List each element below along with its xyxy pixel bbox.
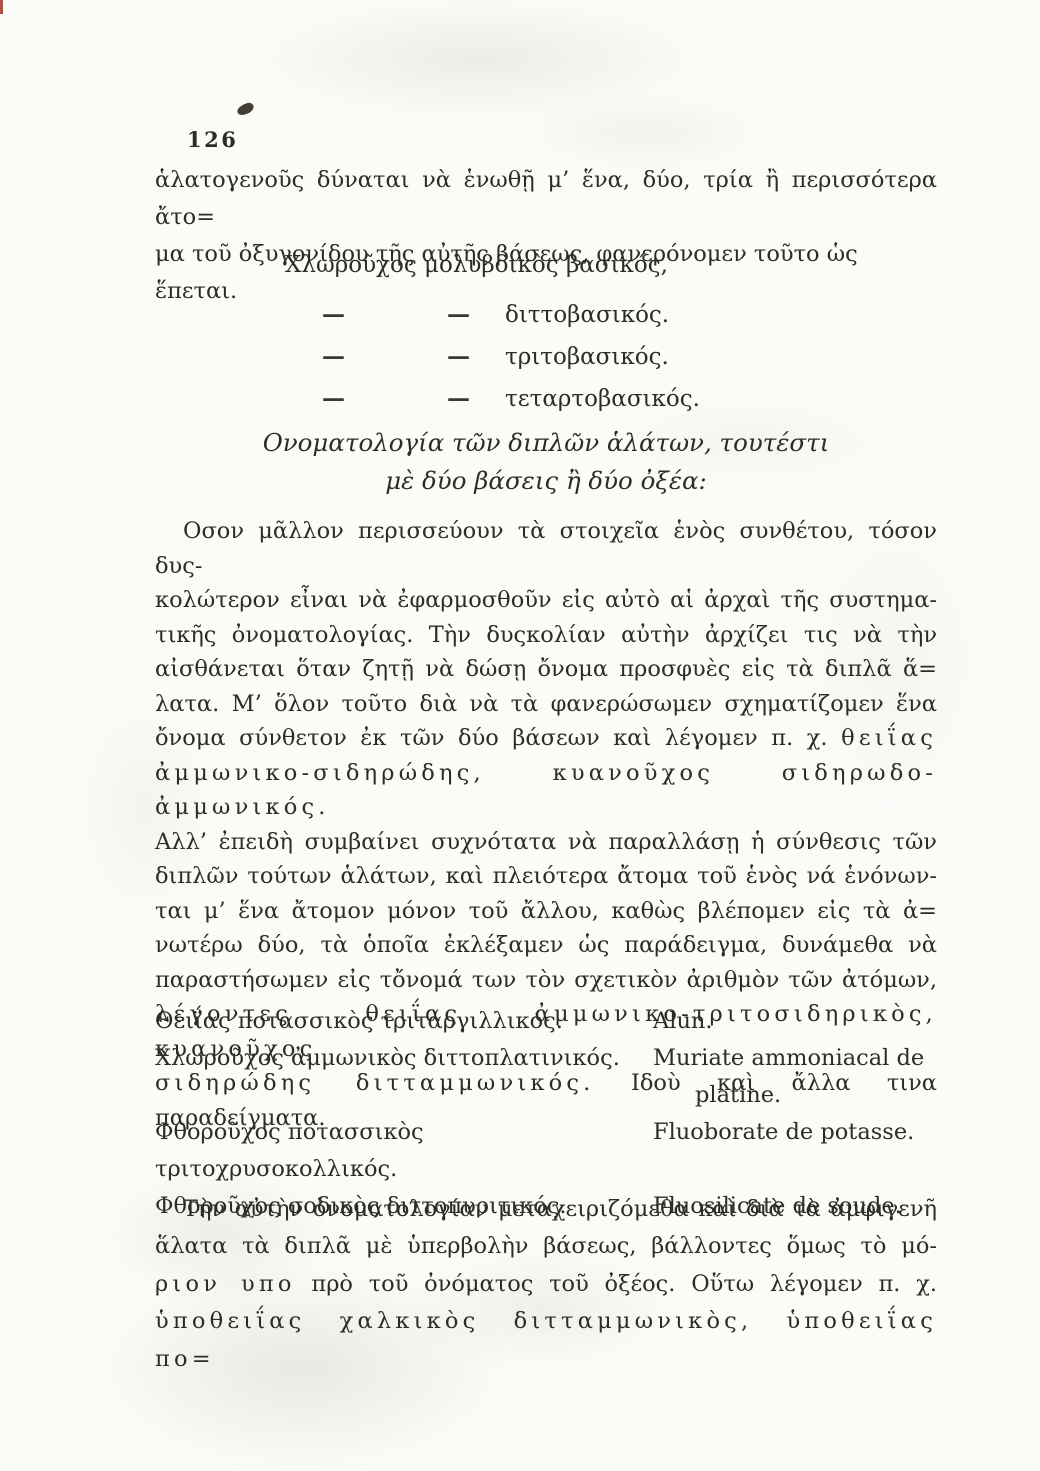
list-item: ——τεταρτοβασικός. xyxy=(155,378,937,420)
ink-blot xyxy=(236,102,255,117)
ditto-dash-icon: — xyxy=(322,294,447,335)
text-line: ὄνομα σύνθετον ἐκ τῶν δύο βάσεων καὶ λέγ… xyxy=(155,721,937,756)
ditto-dash-icon: — xyxy=(322,336,447,377)
emphasized-line: ἀμμωνικο-σιδηρώδης, κυανοῦχος σιδηρωδο-ἀ… xyxy=(155,756,937,825)
table-row: Χλωροῦχος ἀμμωνικὸς διττοπλατινικός. Mur… xyxy=(155,1040,937,1114)
text-line: Αλλ’ ἐπειδὴ συμβαίνει συχνότατα νὰ παραλ… xyxy=(155,825,937,860)
page-number: 126 xyxy=(187,127,238,152)
salt-term: διττοβασικός. xyxy=(505,302,669,328)
emphasized-term: ριον υπο xyxy=(155,1271,296,1297)
text-segment: ὄνομα σύνθετον ἐκ τῶν δύο βάσεων καὶ λέγ… xyxy=(155,725,841,751)
ditto-dash-icon: — xyxy=(322,378,447,419)
text-line: νωτέρω δύο, τὰ ὁποῖα ἐκλέξαμεν ὡς παράδε… xyxy=(155,928,937,963)
salt-series-list: Χλωροῦχος μολυβδικὸς βασικός, ——διττοβασ… xyxy=(155,250,937,420)
text-line: ἁλατογενοῦς δύναται νὰ ἑνωθῇ μ’ ἕνα, δύο… xyxy=(155,162,937,236)
text-segment: πρὸ τοῦ ὀνόματος τοῦ ὀξέος. Οὕτω λέγομεν… xyxy=(296,1271,937,1297)
list-item: ——διττοβασικός. xyxy=(155,294,937,336)
ditto-dash-icon: — xyxy=(447,378,505,419)
greek-term-cell: Φθοροῦχος ποτασσικὸς τριτοχρυσοκολλικός. xyxy=(155,1114,653,1188)
table-row: Θειΐας ποτασσικὸς τριταργιλλικός. Alun. xyxy=(155,1003,937,1040)
french-term-cell: Alun. xyxy=(653,1003,937,1040)
greek-term-cell: Χλωροῦχος ἀμμωνικὸς διττοπλατινικός. xyxy=(155,1040,653,1114)
text-line: ἅλατα τὰ διπλᾶ μὲ ὑπερβολὴν βάσεως, βάλλ… xyxy=(155,1228,937,1265)
french-term: Muriate ammoniacal de platine. xyxy=(653,1040,937,1114)
text-line: παραστήσωμεν εἰς τὄνομά των τὸν σχετικὸν… xyxy=(155,963,937,998)
emphasized-line: ὑποθειΐας χαλκικὸς διτταμμωνικὸς, ὑποθει… xyxy=(155,1303,937,1378)
text-line: αἰσθάνεται ὅταν ζητῇ νὰ δώσῃ ὄνομα προσφ… xyxy=(155,652,937,687)
ditto-dash-icon: — xyxy=(447,294,505,335)
salt-term: τεταρτοβασικός. xyxy=(505,386,700,412)
text-line: τικῆς ὀνοματολογίας. Τὴν δυςκολίαν αὐτὴν… xyxy=(155,618,937,653)
emphasized-term: θειΐας xyxy=(841,725,937,751)
table-row: Φθοροῦχος ποτασσικὸς τριτοχρυσοκολλικός.… xyxy=(155,1114,937,1188)
text-line: κολώτερον εἶναι νὰ ἐφαρμοσθοῦν εἰς αὐτὸ … xyxy=(155,583,937,618)
greek-term-cell: Θειΐας ποτασσικὸς τριταργιλλικός. xyxy=(155,1003,653,1040)
text-line: λατα. Μ’ ὅλον τοῦτο διὰ νὰ τὰ φανερώσωμε… xyxy=(155,687,937,722)
list-item: ——τριτοβασικός. xyxy=(155,336,937,378)
french-term-cell: Muriate ammoniacal de platine. xyxy=(653,1040,937,1114)
text-line: Οσον μᾶλλον περισσεύουν τὰ στοιχεῖα ἑνὸς… xyxy=(155,514,937,583)
text-line: Τὴν αὐτὴν ὀνοματολογίαν μεταχειριζόμεθα … xyxy=(155,1191,937,1228)
ditto-dash-icon: — xyxy=(447,336,505,377)
text-line: διπλῶν τούτων ἁλάτων, καὶ πλειότερα ἄτομ… xyxy=(155,859,937,894)
section-heading: Ονοματολογία τῶν διπλῶν ἁλάτων, τουτέστι… xyxy=(155,424,937,500)
french-term-cell: Fluoborate de potasse. xyxy=(653,1114,937,1188)
salt-term: τριτοβασικός. xyxy=(505,344,669,370)
scan-artifact-mark xyxy=(0,0,3,14)
text-line: ριον υπο πρὸ τοῦ ὀνόματος τοῦ ὀξέος. Οὕτ… xyxy=(155,1266,937,1303)
text-line: ται μ’ ἕνα ἄτομον μόνον τοῦ ἄλλου, καθὼς… xyxy=(155,894,937,929)
closing-paragraph: Τὴν αὐτὴν ὀνοματολογίαν μεταχειριζόμεθα … xyxy=(155,1191,937,1378)
salt-list-header: Χλωροῦχος μολυβδικὸς βασικός, xyxy=(155,250,937,280)
heading-line: μὲ δύο βάσεις ἢ δύο ὀξέα: xyxy=(155,462,937,500)
heading-line: Ονοματολογία τῶν διπλῶν ἁλάτων, τουτέστι xyxy=(155,424,937,462)
scanned-book-page: 126 ἁλατογενοῦς δύναται νὰ ἑνωθῇ μ’ ἕνα,… xyxy=(0,0,1040,1471)
